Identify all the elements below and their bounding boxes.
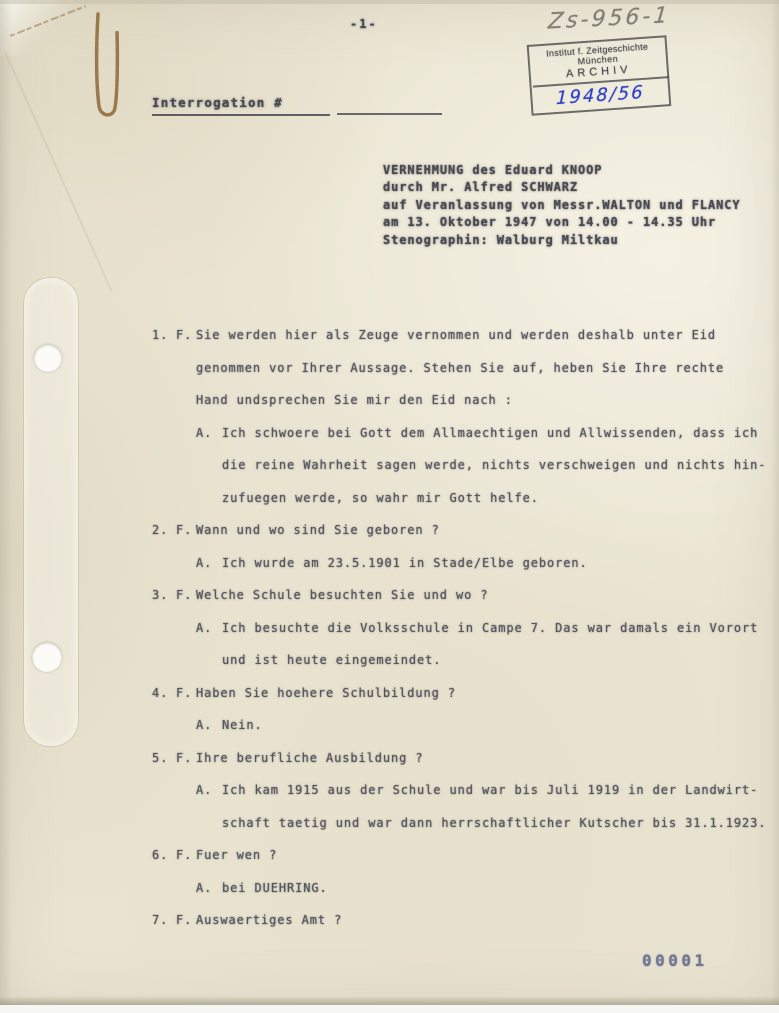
speaker-label: F. [176, 686, 192, 700]
qa-row: 5. F. Ihre berufliche Ausbildung ? [152, 751, 767, 784]
archive-reference-handwriting: Zs-956-1 [547, 0, 759, 35]
qa-row: A. Nein. [152, 718, 767, 751]
qa-row: 3. F. Welche Schule besuchten Sie und wo… [152, 588, 767, 621]
qa-row: die reine Wahrheit sagen werde, nichts v… [152, 458, 767, 491]
copy-number-stamp: 00001 [642, 951, 708, 970]
question-number: 3. [152, 588, 168, 602]
qa-line: Ihre berufliche Ausbildung ? [196, 751, 424, 765]
speaker-label: A. [196, 556, 212, 570]
qa-line: Ich wurde am 23.5.1901 in Stade/Elbe geb… [222, 556, 588, 570]
qa-line: zufuegen werde, so wahr mir Gott helfe. [222, 491, 539, 505]
qa-row: 6. F. Fuer wen ? [152, 848, 767, 881]
question-number: 2. [152, 523, 168, 537]
qa-line: schaft taetig und war dann herrschaftlic… [222, 816, 766, 830]
qa-line: Sie werden hier als Zeuge vernommen und … [196, 328, 716, 342]
question-number: 5. [152, 751, 168, 765]
punch-hole-top [34, 344, 62, 372]
qa-row: zufuegen werde, so wahr mir Gott helfe. [152, 491, 767, 524]
scanner-background [0, 1005, 779, 1013]
paper-bottom-shadow [0, 996, 779, 1005]
speaker-label: F. [176, 328, 192, 342]
punch-hole-bottom [32, 642, 62, 672]
qa-line: Ich kam 1915 aus der Schule und war bis … [222, 783, 758, 797]
question-number: 7. [152, 913, 168, 927]
qa-line: Nein. [222, 718, 263, 732]
question-number: 4. [152, 686, 168, 700]
qa-row: Hand undsprechen Sie mir den Eid nach : [152, 393, 767, 426]
qa-line: Welche Schule besuchten Sie und wo ? [196, 588, 489, 602]
archive-stamp: Institut f. Zeitgeschichte München ARCHI… [527, 35, 672, 116]
qa-line: Auswaertiges Amt ? [196, 913, 342, 927]
qa-row: schaft taetig und war dann herrschaftlic… [152, 816, 767, 849]
qa-row: 4. F. Haben Sie hoehere Schulbildung ? [152, 686, 767, 719]
speaker-label: F. [176, 523, 192, 537]
qa-row: 7. F. Auswaertiges Amt ? [152, 913, 767, 946]
speaker-label: F. [176, 913, 192, 927]
scanned-document-page: -1- Zs-956-1 Institut f. Zeitgeschichte … [0, 0, 779, 1013]
header-line-date-time: am 13. Oktober 1947 von 14.00 - 14.35 Uh… [383, 215, 740, 232]
hearing-header-block: VERNEHMUNG des Eduard KNOOP durch Mr. Al… [383, 163, 740, 250]
qa-line: genommen vor Ihrer Aussage. Stehen Sie a… [196, 361, 724, 375]
qa-row: A. Ich besuchte die Volksschule in Campe… [152, 621, 767, 654]
question-number: 6. [152, 848, 168, 862]
speaker-label: A. [196, 783, 212, 797]
qa-row: A. bei DUEHRING. [152, 881, 767, 914]
question-number: 1. [152, 328, 168, 342]
rust-streak [4, 2, 94, 42]
interrogation-heading: Interrogation # [152, 95, 330, 116]
speaker-label: A. [196, 426, 212, 440]
qa-line: Fuer wen ? [196, 848, 277, 862]
qa-line: bei DUEHRING. [222, 881, 328, 895]
speaker-label: A. [196, 881, 212, 895]
paperclip-rust-mark [88, 8, 134, 126]
qa-line: Wann und wo sind Sie geboren ? [196, 523, 440, 537]
qa-line: und ist heute eingemeindet. [222, 653, 441, 667]
qa-row: genommen vor Ihrer Aussage. Stehen Sie a… [152, 361, 767, 394]
qa-line: Haben Sie hoehere Schulbildung ? [196, 686, 456, 700]
header-line-requested-by: auf Veranlassung von Messr.WALTON und FL… [383, 198, 740, 215]
qa-row: A. Ich kam 1915 aus der Schule und war b… [152, 783, 767, 816]
qa-row: und ist heute eingemeindet. [152, 653, 767, 686]
speaker-label: A. [196, 718, 212, 732]
page-number: -1- [350, 17, 378, 31]
speaker-label: A. [196, 621, 212, 635]
paper-edge-right [771, 0, 779, 1013]
qa-line: Ich besuchte die Volksschule in Campe 7.… [222, 621, 758, 635]
header-line-subject: VERNEHMUNG des Eduard KNOOP [383, 163, 740, 180]
speaker-label: F. [176, 848, 192, 862]
speaker-label: F. [176, 588, 192, 602]
qa-line: Hand undsprechen Sie mir den Eid nach : [196, 393, 513, 407]
qa-line: Ich schwoere bei Gott dem Allmaechtigen … [222, 426, 758, 440]
blank-underline [337, 99, 442, 115]
header-line-stenographer: Stenographin: Walburg Miltkau [383, 233, 740, 250]
speaker-label: F. [176, 751, 192, 765]
qa-line: die reine Wahrheit sagen werde, nichts v… [222, 458, 766, 472]
qa-row: A. Ich schwoere bei Gott dem Allmaechtig… [152, 426, 767, 459]
qa-transcript: 1. F. Sie werden hier als Zeuge vernomme… [152, 328, 767, 946]
qa-row: A. Ich wurde am 23.5.1901 in Stade/Elbe … [152, 556, 767, 589]
qa-row: 1. F. Sie werden hier als Zeuge vernomme… [152, 328, 767, 361]
paper-edge-left [0, 0, 12, 1013]
header-line-interrogator: durch Mr. Alfred SCHWARZ [383, 180, 740, 197]
qa-row: 2. F. Wann und wo sind Sie geboren ? [152, 523, 767, 556]
